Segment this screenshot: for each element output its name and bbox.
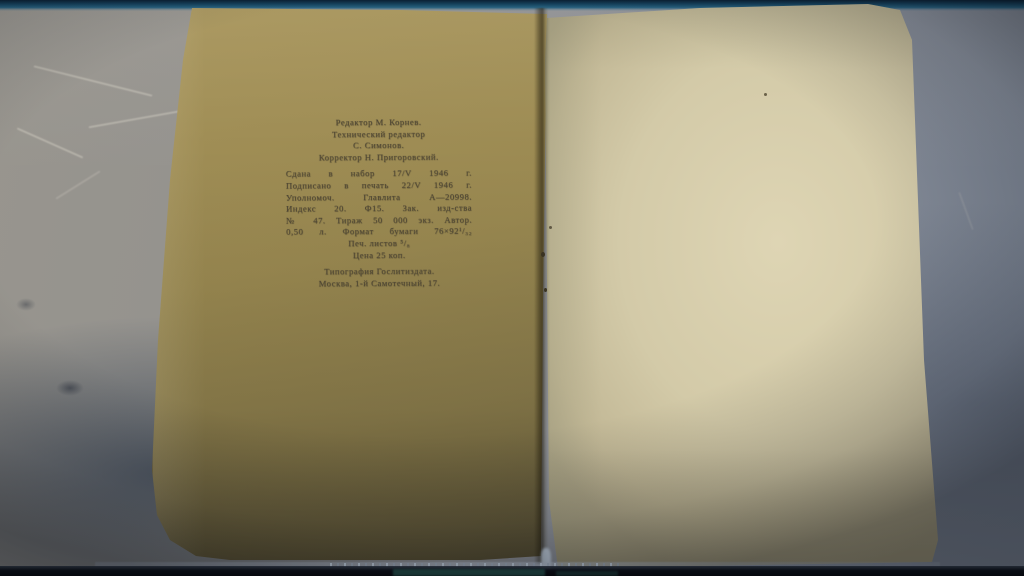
table-scratch-mark: [17, 127, 84, 158]
colophon-line: Корректор Н. Пригоровский.: [286, 151, 472, 164]
photo-open-book-scene: Редактор М. Корнев. Технический редактор…: [0, 0, 1024, 576]
book-right-page-blank: [540, 0, 950, 576]
binding-staple-speck: [544, 288, 547, 292]
colophon-line: Подписано в печать 22/V 1946 г.: [286, 179, 472, 192]
colophon-line: Уполномоч. Главлита А—20998.: [286, 191, 472, 204]
table-scratch-mark: [958, 192, 974, 230]
bottom-teal-reflection: [556, 571, 618, 576]
colophon-line: С. Симонов.: [286, 140, 472, 153]
table-scratch-mark: [55, 170, 100, 199]
colophon-line: Сдана в набор 17/V 1946 г.: [286, 168, 472, 181]
book-gutter-shadow: [534, 8, 548, 564]
table-smudge: [56, 380, 84, 396]
colophon-text-block: Редактор М. Корнев. Технический редактор…: [286, 117, 473, 290]
colophon-line: Цена 25 коп.: [286, 249, 472, 262]
colophon-line: Москва, 1-й Самотечный, 17.: [286, 277, 472, 290]
colophon-line: № 47. Тираж 50 000 экз. Автор.: [286, 214, 472, 227]
bottom-teal-reflection: [393, 569, 545, 576]
colophon-line: 0,50 л. Формат бумаги 76×92¹/₃₂: [286, 226, 472, 239]
table-scratch-mark: [89, 110, 184, 129]
page-speck: [764, 93, 767, 96]
colophon-line: Технический редактор: [286, 128, 472, 141]
colophon-line: Индекс 20. Ф15. Зак. изд-ства: [286, 203, 472, 216]
colophon-line: Редактор М. Корнев.: [286, 117, 472, 130]
binding-staple-speck: [541, 252, 545, 257]
binding-staple-speck: [549, 226, 552, 229]
table-scratch-mark: [34, 65, 153, 96]
colophon-line: Печ. листов ⁵/₈: [286, 237, 472, 250]
table-smudge: [16, 298, 36, 311]
colophon-line: Типография Гослитиздата.: [286, 266, 472, 279]
book-left-page: Редактор М. Корнев. Технический редактор…: [150, 6, 550, 566]
